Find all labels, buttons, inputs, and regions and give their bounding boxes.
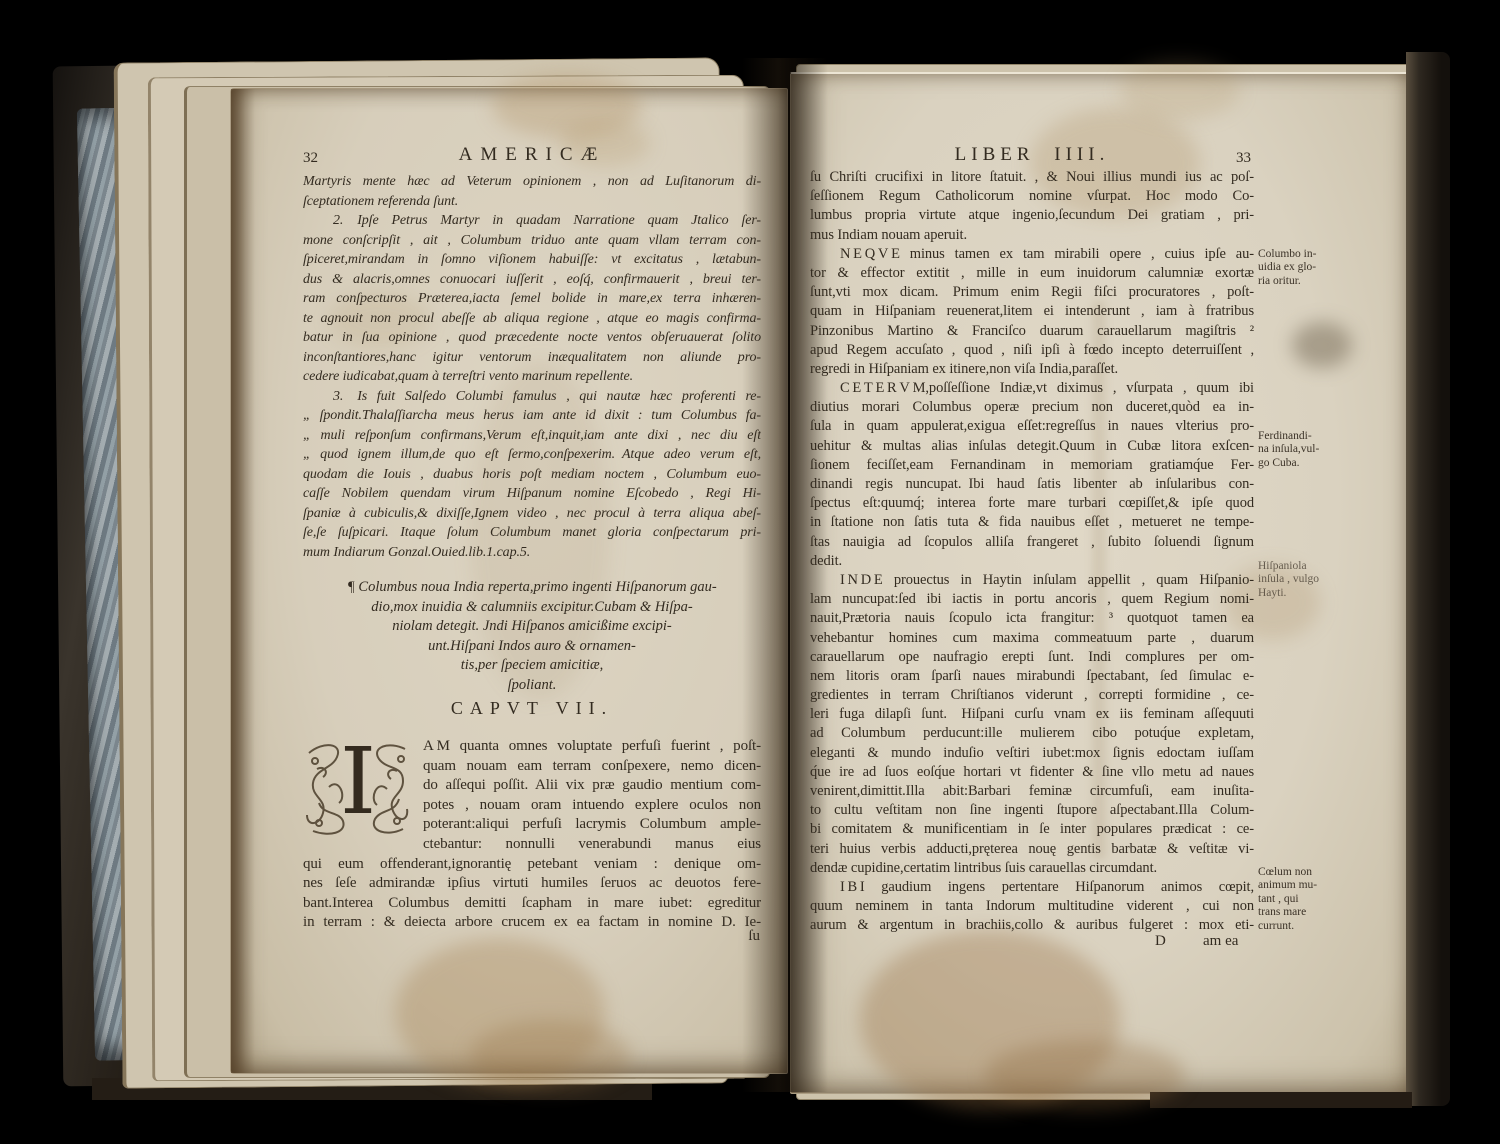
text-line: tis,per ſpeciem amicitiæ, bbox=[332, 656, 732, 676]
text-line: „ quod ignem illum,de quo eſt ſermo,conſ… bbox=[303, 445, 761, 465]
text-line: „ muli reſponſum confirmans,Verum eſt,in… bbox=[303, 426, 761, 446]
margin-note-line: trans mare bbox=[1258, 906, 1364, 919]
margin-note-line: Ferdinandi- bbox=[1258, 430, 1364, 443]
paragraph: 2. Ipſe Petrus Martyr in quadam Narratio… bbox=[303, 211, 761, 387]
text-line: unt.Hiſpani Indos auro & ornamen- bbox=[332, 637, 732, 657]
margin-notes: Columbo in-uidia ex glo-ria oritur.Ferdi… bbox=[1258, 0, 1364, 1144]
text-line: q́ue ire ad ſuos eoſq́ue hortari vt fide… bbox=[810, 763, 1254, 782]
chapter-argument: ¶ Columbus noua India reperta,primo inge… bbox=[332, 578, 732, 695]
drop-cap-letter: I bbox=[303, 731, 413, 833]
margin-note-line: tant , qui bbox=[1258, 893, 1364, 906]
text-line: mum Indiarum Gonzal.Ouied.lib.1.cap.5. bbox=[303, 543, 761, 563]
margin-note-line: na inſula,vul- bbox=[1258, 443, 1364, 456]
text-line: 3. Is fuit Salſedo Columbi famulus , qui… bbox=[303, 387, 761, 407]
text-line: ram conſpecturos Præterea,iacta ſemel bo… bbox=[303, 289, 761, 309]
text-line: carauellarum ope naufragio erepti ſunt. … bbox=[810, 648, 1254, 667]
text-line: ctebantur: nonnulli venerabundi manus ei… bbox=[423, 835, 761, 855]
text-line: quam nouam eam terram conſpexere, nemo d… bbox=[423, 757, 761, 777]
text-line: leri fuga dilapſi ſunt. Hiſpani curſu vn… bbox=[810, 705, 1254, 724]
text-line: Martyris mente hæc ad Veterum opinionem … bbox=[303, 172, 761, 192]
margin-note-line: Hiſpaniola bbox=[1258, 560, 1364, 573]
text-line: venirent,dimittit.Illa abit:Barbari femi… bbox=[810, 782, 1254, 801]
text-line: cedere iudicabat,quam à terreſtri vento … bbox=[303, 367, 761, 387]
catchword-right: am ea bbox=[1203, 933, 1238, 950]
text-line: ſionem feciſſet,eam Fernandinam in memor… bbox=[810, 456, 1254, 475]
photo-backdrop: 32 AMERICÆ Martyris mente hæc ad Veterum… bbox=[0, 0, 1500, 1144]
text-line: ſula in quam appulerat,exigua eſſet:regr… bbox=[810, 417, 1254, 436]
text-line: mus Indiam nouam aperuit. bbox=[810, 226, 1254, 245]
text-line: lumbus propria virtute atque ingenio,ſec… bbox=[810, 206, 1254, 225]
stain bbox=[985, 1040, 1185, 1110]
text-line: ¶ Columbus noua India reperta,primo inge… bbox=[332, 578, 732, 598]
text-line: tor & effector extitit , mille in eum in… bbox=[810, 264, 1254, 283]
left-page-text-column: Martyris mente hæc ad Veterum opinionem … bbox=[303, 172, 761, 562]
text-line: teri huius verbis adducti,pręterea nouę … bbox=[810, 840, 1254, 859]
decorated-initial: I bbox=[303, 739, 413, 838]
text-line: in ſtatione non ſatis tuta & fida nauibu… bbox=[810, 513, 1254, 532]
text-line: nauit,Prætoria nauis ſcopulo icta frangi… bbox=[810, 609, 1254, 628]
text-line: niolam detegit. Jndi Hiſpanos amicißime … bbox=[332, 617, 732, 637]
text-line: do aſſequi poſſit. Alii vix præ gaudio m… bbox=[423, 776, 761, 796]
text-line: I B I gaudium ingens pertentare Hiſpanor… bbox=[810, 878, 1254, 897]
paragraph: ſu Chriſti crucifixi in litore ſtatuit. … bbox=[810, 168, 1254, 245]
text-line: quum neminem in tanta Indorum multitudin… bbox=[810, 897, 1254, 916]
running-header-left: AMERICÆ bbox=[303, 144, 761, 166]
signature-mark: D bbox=[1155, 933, 1166, 950]
paragraph: I N D E prouectus in Haytin inſulam appe… bbox=[810, 571, 1254, 878]
text-line: bi comitatem & munificentiam in ſe inter… bbox=[810, 820, 1254, 839]
text-line: ſpiceret,mirandam in ſomno viſionem habu… bbox=[303, 250, 761, 270]
margin-note: Cœlum nonanimum mu-tant , quitrans marec… bbox=[1258, 866, 1364, 933]
stain bbox=[1120, 60, 1240, 120]
text-line: ſceptationem referenda ſunt. bbox=[303, 192, 761, 212]
text-line: ſtas nauigia ad ſcopulos alliſa frangere… bbox=[810, 533, 1254, 552]
text-line: quodam die Iouis , duabus horis poſt med… bbox=[303, 465, 761, 485]
text-line: caſſe Nobilem quendam virum Hiſpanum nom… bbox=[303, 484, 761, 504]
text-line: dus & alacris,omnes conuocari iuſſerit ,… bbox=[303, 270, 761, 290]
running-header-right: LIBER IIII. bbox=[810, 144, 1254, 166]
text-line: ſeſſionem Regum Catholicorum nomine vſur… bbox=[810, 187, 1254, 206]
text-line: uehitur & multas alias inſulas detegit.Q… bbox=[810, 437, 1254, 456]
paragraph: I B I gaudium ingens pertentare Hiſpanor… bbox=[810, 878, 1254, 936]
text-line: ad Columbum perducunt:ille mulierem cibo… bbox=[810, 724, 1254, 743]
text-line: Pinzonibus Martino & Franciſco duarum ca… bbox=[810, 322, 1254, 341]
page-number-right: 33 bbox=[1236, 150, 1251, 167]
text-line: I N D E prouectus in Haytin inſulam appe… bbox=[810, 571, 1254, 590]
text-line: inconſtantiores,hanc igitur ventorum inæ… bbox=[303, 348, 761, 368]
paragraph: Martyris mente hæc ad Veterum opinionem … bbox=[303, 172, 761, 211]
text-line: apud Regem accuſato , quod , niſi ipſi à… bbox=[810, 341, 1254, 360]
text-line: 2. Ipſe Petrus Martyr in quadam Narratio… bbox=[303, 211, 761, 231]
text-line: qui eum offenderant,ignorantię petebant … bbox=[303, 855, 761, 875]
left-page-fore-edge-wear bbox=[231, 89, 255, 1073]
text-line: te agnouit non procul abeſſe ab aliqua r… bbox=[303, 309, 761, 329]
paragraph: C E T E R V M,poſſeſſione Indiæ,vt dixim… bbox=[810, 379, 1254, 571]
text-line: dinandi regis nuncupat. Ibi haud ſatis l… bbox=[810, 475, 1254, 494]
text-line: ſpaniæ à cubiculis,& dixiſſe,Ignem video… bbox=[303, 504, 761, 524]
paragraph: 3. Is fuit Salſedo Columbi famulus , qui… bbox=[303, 387, 761, 563]
margin-note-line: inſula , vulgo bbox=[1258, 573, 1364, 586]
margin-note-line: Cœlum non bbox=[1258, 866, 1364, 879]
text-line: regredi in Hiſpaniam ex itinere,non viſa… bbox=[810, 360, 1254, 379]
text-line: dio,mox inuidia & calumniis excipitur.Cu… bbox=[332, 598, 732, 618]
text-line: „ ſpondit.Thalaſſiarcha meus herus iam a… bbox=[303, 406, 761, 426]
text-line: quam in Hiſpaniam reuenerat,litem ei int… bbox=[810, 302, 1254, 321]
right-page-text-column: ſu Chriſti crucifixi in litore ſtatuit. … bbox=[810, 168, 1254, 936]
text-line: eleganti & mundo induſio veſtiri iubet:m… bbox=[810, 744, 1254, 763]
text-line: aurum & argentum in brachiis,collo & aur… bbox=[810, 916, 1254, 935]
text-line: dendæ cupidine,certatim lintribus ſuis c… bbox=[810, 859, 1254, 878]
text-line: C E T E R V M,poſſeſſione Indiæ,vt dixim… bbox=[810, 379, 1254, 398]
text-line: poterant:aliqui perfuſi lacrymis Columbu… bbox=[423, 815, 761, 835]
margin-note-line: animum mu- bbox=[1258, 879, 1364, 892]
catchword-left: ſu bbox=[600, 928, 760, 945]
margin-note-line: uidia ex glo- bbox=[1258, 261, 1364, 274]
text-line: ſpoliant. bbox=[332, 676, 732, 696]
margin-note-line: ria oritur. bbox=[1258, 275, 1364, 288]
text-line: bant.Interea Columbus demitti ſcapham in… bbox=[303, 894, 761, 914]
paragraph: N E Q V E minus tamen ex tam mirabili op… bbox=[810, 245, 1254, 379]
text-line: vehebantur homines cum maxima commeatuum… bbox=[810, 629, 1254, 648]
text-line: dedit. bbox=[810, 552, 1254, 571]
text-line: ſe,ſe ſuſpicari. Itaque ſolum Columbum m… bbox=[303, 523, 761, 543]
margin-note: Columbo in-uidia ex glo-ria oritur. bbox=[1258, 248, 1364, 288]
text-line: mone conſcripſit , ait , Columbum triduo… bbox=[303, 231, 761, 251]
stain bbox=[470, 1020, 630, 1090]
text-line: nem litoris oram ſparſi naues mirabundi … bbox=[810, 667, 1254, 686]
margin-note-line: currunt. bbox=[1258, 920, 1364, 933]
text-line: A M quanta omnes voluptate perfuſi fueri… bbox=[423, 737, 761, 757]
chapter-opening-text: I A M quanta omnes voluptate perfuſi fue… bbox=[303, 737, 761, 933]
text-line: ſu Chriſti crucifixi in litore ſtatuit. … bbox=[810, 168, 1254, 187]
text-line: diutius morari Columbus operæ precium no… bbox=[810, 398, 1254, 417]
text-line: lam nuncupat:ſed ibi iactis in portu anc… bbox=[810, 590, 1254, 609]
text-line: gredientes in terram Chriſtianos viderun… bbox=[810, 686, 1254, 705]
margin-note-line: Hayti. bbox=[1258, 587, 1364, 600]
text-line: to cultu veſtitam non ſine ingenti ſtupo… bbox=[810, 801, 1254, 820]
chapter-heading: CAPVT VII. bbox=[303, 698, 761, 719]
text-line: potes , nouam oram intuendo explere ocul… bbox=[423, 796, 761, 816]
book-cover-right bbox=[1406, 52, 1450, 1106]
margin-note-line: go Cuba. bbox=[1258, 457, 1364, 470]
text-line: N E Q V E minus tamen ex tam mirabili op… bbox=[810, 245, 1254, 264]
margin-note-line: Columbo in- bbox=[1258, 248, 1364, 261]
text-line: ſpectus eſt:quumq́; interea forte mare t… bbox=[810, 494, 1254, 513]
margin-note: Hiſpaniolainſula , vulgoHayti. bbox=[1258, 560, 1364, 600]
text-line: ſunt,vti mox dicam. Primum enim Regii fi… bbox=[810, 283, 1254, 302]
margin-note: Ferdinandi-na inſula,vul-go Cuba. bbox=[1258, 430, 1364, 470]
text-line: batur in ſua opinione , quod præcedente … bbox=[303, 328, 761, 348]
text-line: nes ſeſe admirandæ ipſius virtuti humile… bbox=[303, 874, 761, 894]
